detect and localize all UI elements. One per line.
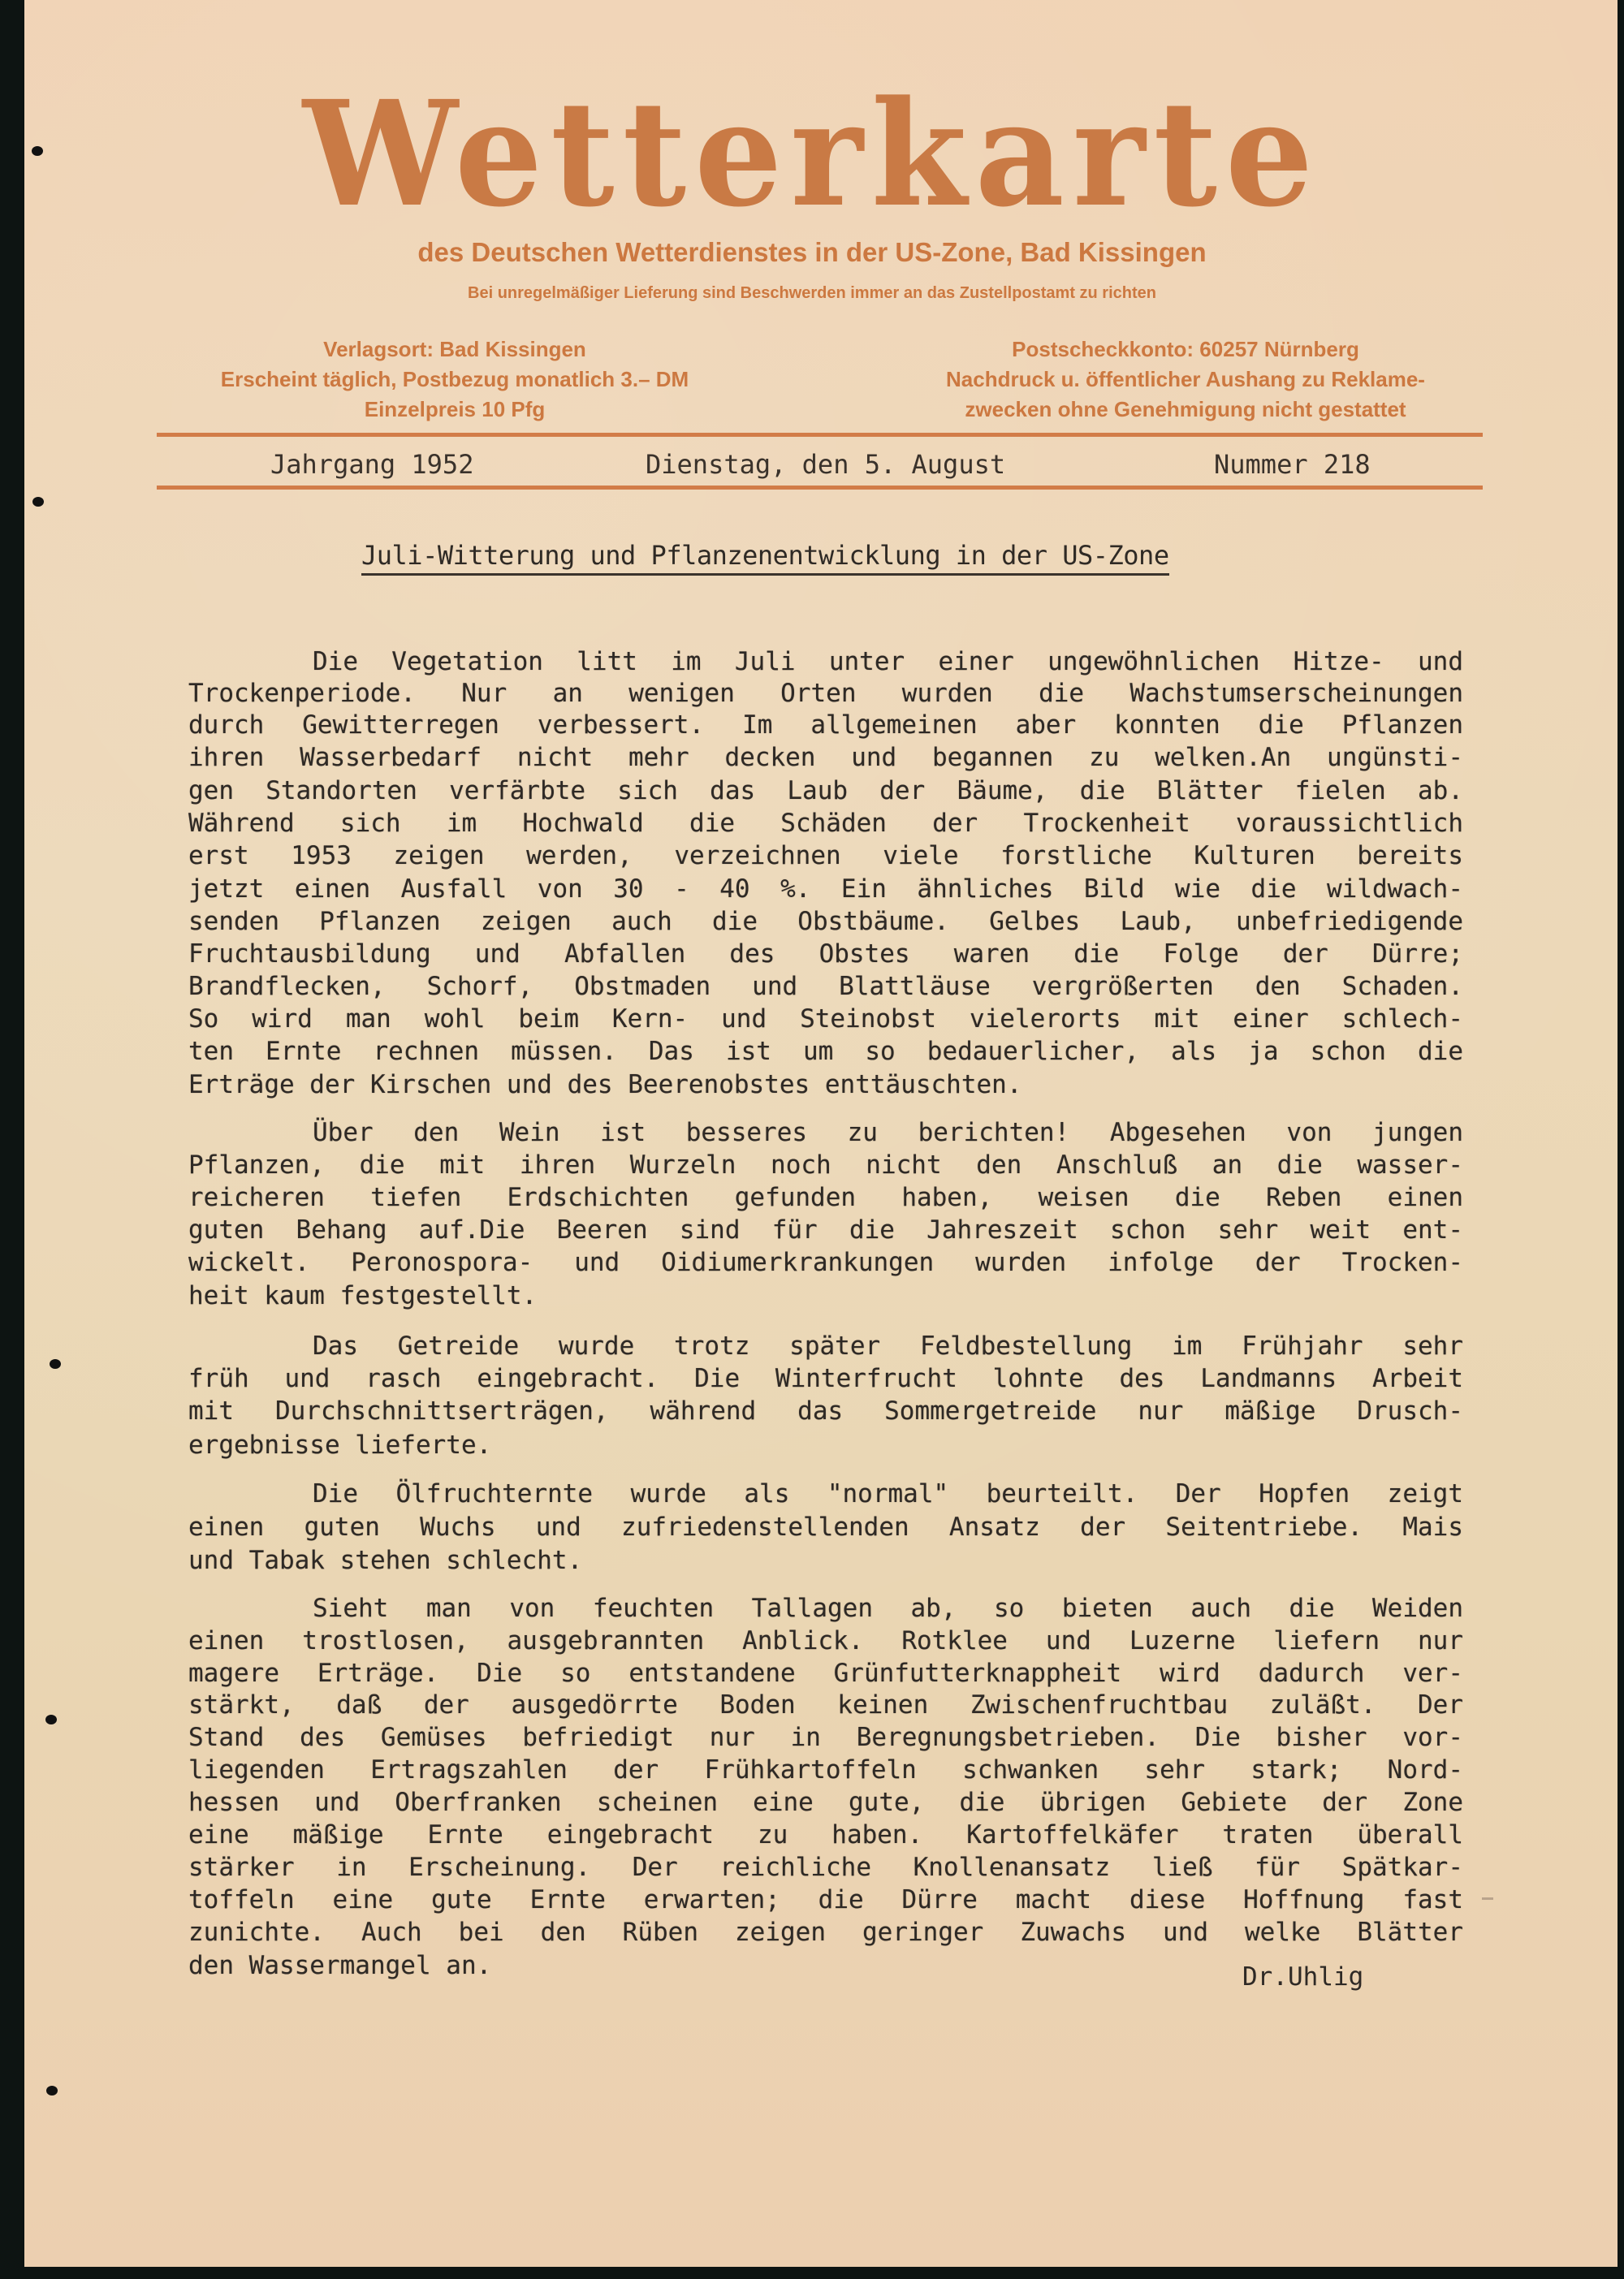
paragraph-2-line: wickelt. Peronospora- und Oidiumerkranku…	[188, 1246, 1463, 1279]
header-rule-top	[157, 433, 1483, 437]
issue-number: Nummer 218	[1214, 449, 1371, 480]
paragraph-1-line: erst 1953 zeigen werden, verzeichnen vie…	[188, 840, 1463, 872]
paragraph-5-line: Sieht man von feuchten Tallagen ab, so b…	[313, 1592, 1463, 1625]
publisher-info: Verlagsort: Bad Kissingen Erscheint tägl…	[162, 335, 747, 425]
paragraph-4-line: Die Ölfruchternte wurde als "normal" beu…	[313, 1478, 1463, 1510]
punch-hole	[32, 497, 44, 507]
paragraph-5-line: einen trostlosen, ausgebrannten Anblick.…	[188, 1625, 1463, 1657]
margin-mark	[1482, 1897, 1493, 1900]
author-signature: Dr.Uhlig	[1242, 1962, 1363, 1992]
paragraph-1-line: Trockenperiode. Nur an wenigen Orten wur…	[188, 677, 1463, 710]
punch-hole	[45, 1715, 57, 1724]
paragraph-1-line: Fruchtausbildung und Abfallen des Obstes…	[188, 938, 1463, 970]
paragraph-5-line: stärker in Erscheinung. Der reichliche K…	[188, 1851, 1463, 1884]
paragraph-4-line: einen guten Wuchs und zufriedenstellende…	[188, 1511, 1463, 1543]
article-headline: Juli-Witterung und Pflanzenentwicklung i…	[361, 540, 1169, 576]
copyright-info: Postscheckkonto: 60257 Nürnberg Nachdruc…	[893, 335, 1478, 425]
paragraph-5-line: zunichte. Auch bei den Rüben zeigen geri…	[188, 1916, 1463, 1949]
paragraph-2-line: reicheren tiefen Erdschichten gefunden h…	[188, 1181, 1463, 1214]
paragraph-1-line: jetzt einen Ausfall von 30 - 40 %. Ein ä…	[188, 873, 1463, 905]
punch-hole	[32, 146, 43, 156]
paragraph-1-line: Die Vegetation litt im Juli unter einer …	[313, 645, 1463, 678]
reprint-notice-line2: zwecken ohne Genehmigung nicht gestattet	[893, 395, 1478, 425]
reprint-notice-line1: Nachdruck u. öffentlicher Aushang zu Rek…	[893, 365, 1478, 395]
paragraph-5-line: toffeln eine gute Ernte erwarten; die Dü…	[188, 1884, 1463, 1916]
paragraph-5-line: magere Erträge. Die so entstandene Grünf…	[188, 1657, 1463, 1690]
paragraph-1-line: gen Standorten verfärbte sich das Laub d…	[188, 775, 1463, 807]
paragraph-5-line: eine mäßige Ernte eingebracht zu haben. …	[188, 1819, 1463, 1851]
paragraph-2-line: Pflanzen, die mit ihren Wurzeln noch nic…	[188, 1149, 1463, 1181]
paragraph-1-line: ihren Wasserbedarf nicht mehr decken und…	[188, 741, 1463, 774]
paragraph-3-line: früh und rasch eingebracht. Die Winterfr…	[188, 1362, 1463, 1395]
paragraph-3-line: mit Durchschnittserträgen, während das S…	[188, 1395, 1463, 1427]
punch-hole	[50, 1359, 61, 1369]
paragraph-2-line: Über den Wein ist besseres zu berichten!…	[313, 1116, 1463, 1149]
masthead-title: Wetterkarte	[244, 82, 1380, 227]
paragraph-5-line: liegenden Ertragszahlen der Frühkartoffe…	[188, 1754, 1463, 1786]
paragraph-5-line: Stand des Gemüses befriedigt nur in Bere…	[188, 1721, 1463, 1754]
single-price: Einzelpreis 10 Pfg	[162, 395, 747, 425]
paragraph-2-line: guten Behang auf.Die Beeren sind für die…	[188, 1214, 1463, 1246]
issue-year: Jahrgang 1952	[270, 449, 473, 480]
punch-hole	[46, 2086, 58, 2096]
masthead-subtitle: des Deutschen Wetterdienstes in der US-Z…	[162, 237, 1462, 268]
paragraph-5-line: hessen und Oberfranken scheinen eine gut…	[188, 1786, 1463, 1819]
paragraph-2-line: heit kaum festgestellt.	[188, 1280, 1463, 1312]
header-rule-bottom	[157, 486, 1483, 490]
issue-date: Dienstag, den 5. August	[646, 449, 1005, 480]
paragraph-5-line: stärkt, daß der ausgedörrte Boden keinen…	[188, 1689, 1463, 1721]
paragraph-1-line: Brandflecken, Schorf, Obstmaden und Blat…	[188, 970, 1463, 1003]
paragraph-1-line: Erträge der Kirschen und des Beerenobste…	[188, 1068, 1463, 1101]
paragraph-1-line: So wird man wohl beim Kern- und Steinobs…	[188, 1003, 1463, 1035]
publisher-location: Verlagsort: Bad Kissingen	[162, 335, 747, 365]
postal-account: Postscheckkonto: 60257 Nürnberg	[893, 335, 1478, 365]
paragraph-1-line: ten Ernte rechnen müssen. Das ist um so …	[188, 1035, 1463, 1068]
paragraph-3-line: ergebnisse lieferte.	[188, 1429, 1463, 1461]
paragraph-4-line: und Tabak stehen schlecht.	[188, 1544, 1463, 1577]
subscription-price: Erscheint täglich, Postbezug monatlich 3…	[162, 365, 747, 395]
paragraph-1-line: Während sich im Hochwald die Schäden der…	[188, 807, 1463, 840]
delivery-notice: Bei unregelmäßiger Lieferung sind Beschw…	[162, 284, 1462, 303]
paragraph-3-line: Das Getreide wurde trotz später Feldbest…	[313, 1330, 1463, 1362]
paragraph-1-line: senden Pflanzen zeigen auch die Obstbäum…	[188, 905, 1463, 938]
paragraph-1-line: durch Gewitterregen verbessert. Im allge…	[188, 709, 1463, 741]
